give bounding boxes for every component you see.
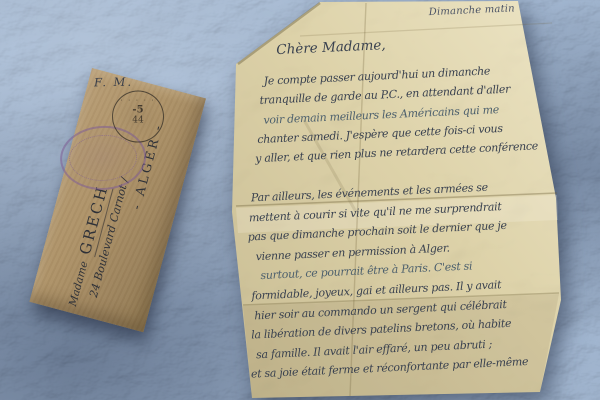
postmark-ring-text: · · · · · [113,98,163,105]
photo-scene: Dimanche matin Chère Madame, Je compte p… [0,0,600,400]
postmark-day: -5 [113,105,163,116]
envelope-fm-marking: F. M. [94,75,133,90]
postmark-date-stamp: · · · · · -5 44 [112,91,164,143]
letter-lower-shadow [243,294,559,398]
postmark-year: 44 [113,116,163,126]
address-title: Madame [67,260,91,308]
